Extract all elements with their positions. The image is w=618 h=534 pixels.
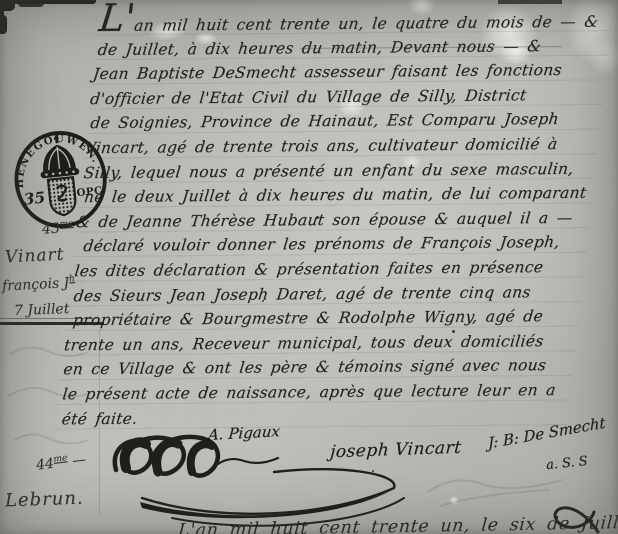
- signature-paraph-flourish: [102, 428, 422, 532]
- torn-corner-top-left: [0, 0, 15, 11]
- stamp-shield-icon: [48, 177, 77, 216]
- act-number-dash: —: [71, 452, 87, 470]
- torn-edge-top: [0, 0, 96, 4]
- given-name-base: françois J: [2, 275, 70, 294]
- margin-act-number-43: 43me: [41, 219, 74, 238]
- act-body-line: Jean Baptiste DeSmecht assesseur faisant…: [92, 58, 609, 87]
- act-number-base: 43: [42, 221, 61, 238]
- stamp-value-left: 35: [23, 188, 46, 209]
- signature-officer-title: a. S. S: [545, 454, 588, 473]
- act-number-suffix: me: [53, 453, 68, 465]
- margin-date-43: 7 Juillet: [14, 301, 70, 319]
- act-number-base: 44: [35, 456, 55, 474]
- act-body-text: L'an mil huit cent trente un, le quatre …: [52, 9, 614, 432]
- torn-edge-top-right: [498, 0, 562, 4]
- torn-edge-left: [0, 15, 7, 34]
- margin-given-name-43: françois Jh: [2, 274, 76, 294]
- act-number-suffix: me: [59, 219, 74, 230]
- torn-edge-left-upper: [0, 6, 4, 15]
- margin-surname-44: Lebrun.: [5, 488, 84, 512]
- torn-edge-top-notch: [18, 0, 44, 7]
- scanned-register-page: HENEGOUWEN. 35 OPC 43me Vinart françois …: [0, 0, 618, 534]
- margin-surname-43: Vinart: [5, 244, 65, 267]
- damage-spot: [449, 496, 459, 505]
- act-body-line: les dites déclaration & présentation fai…: [73, 255, 586, 284]
- next-act-flourish: [544, 494, 602, 534]
- margin-act-number-44: 44me —: [35, 451, 87, 474]
- act-body-line: le présent acte de naissance, après que …: [61, 378, 572, 407]
